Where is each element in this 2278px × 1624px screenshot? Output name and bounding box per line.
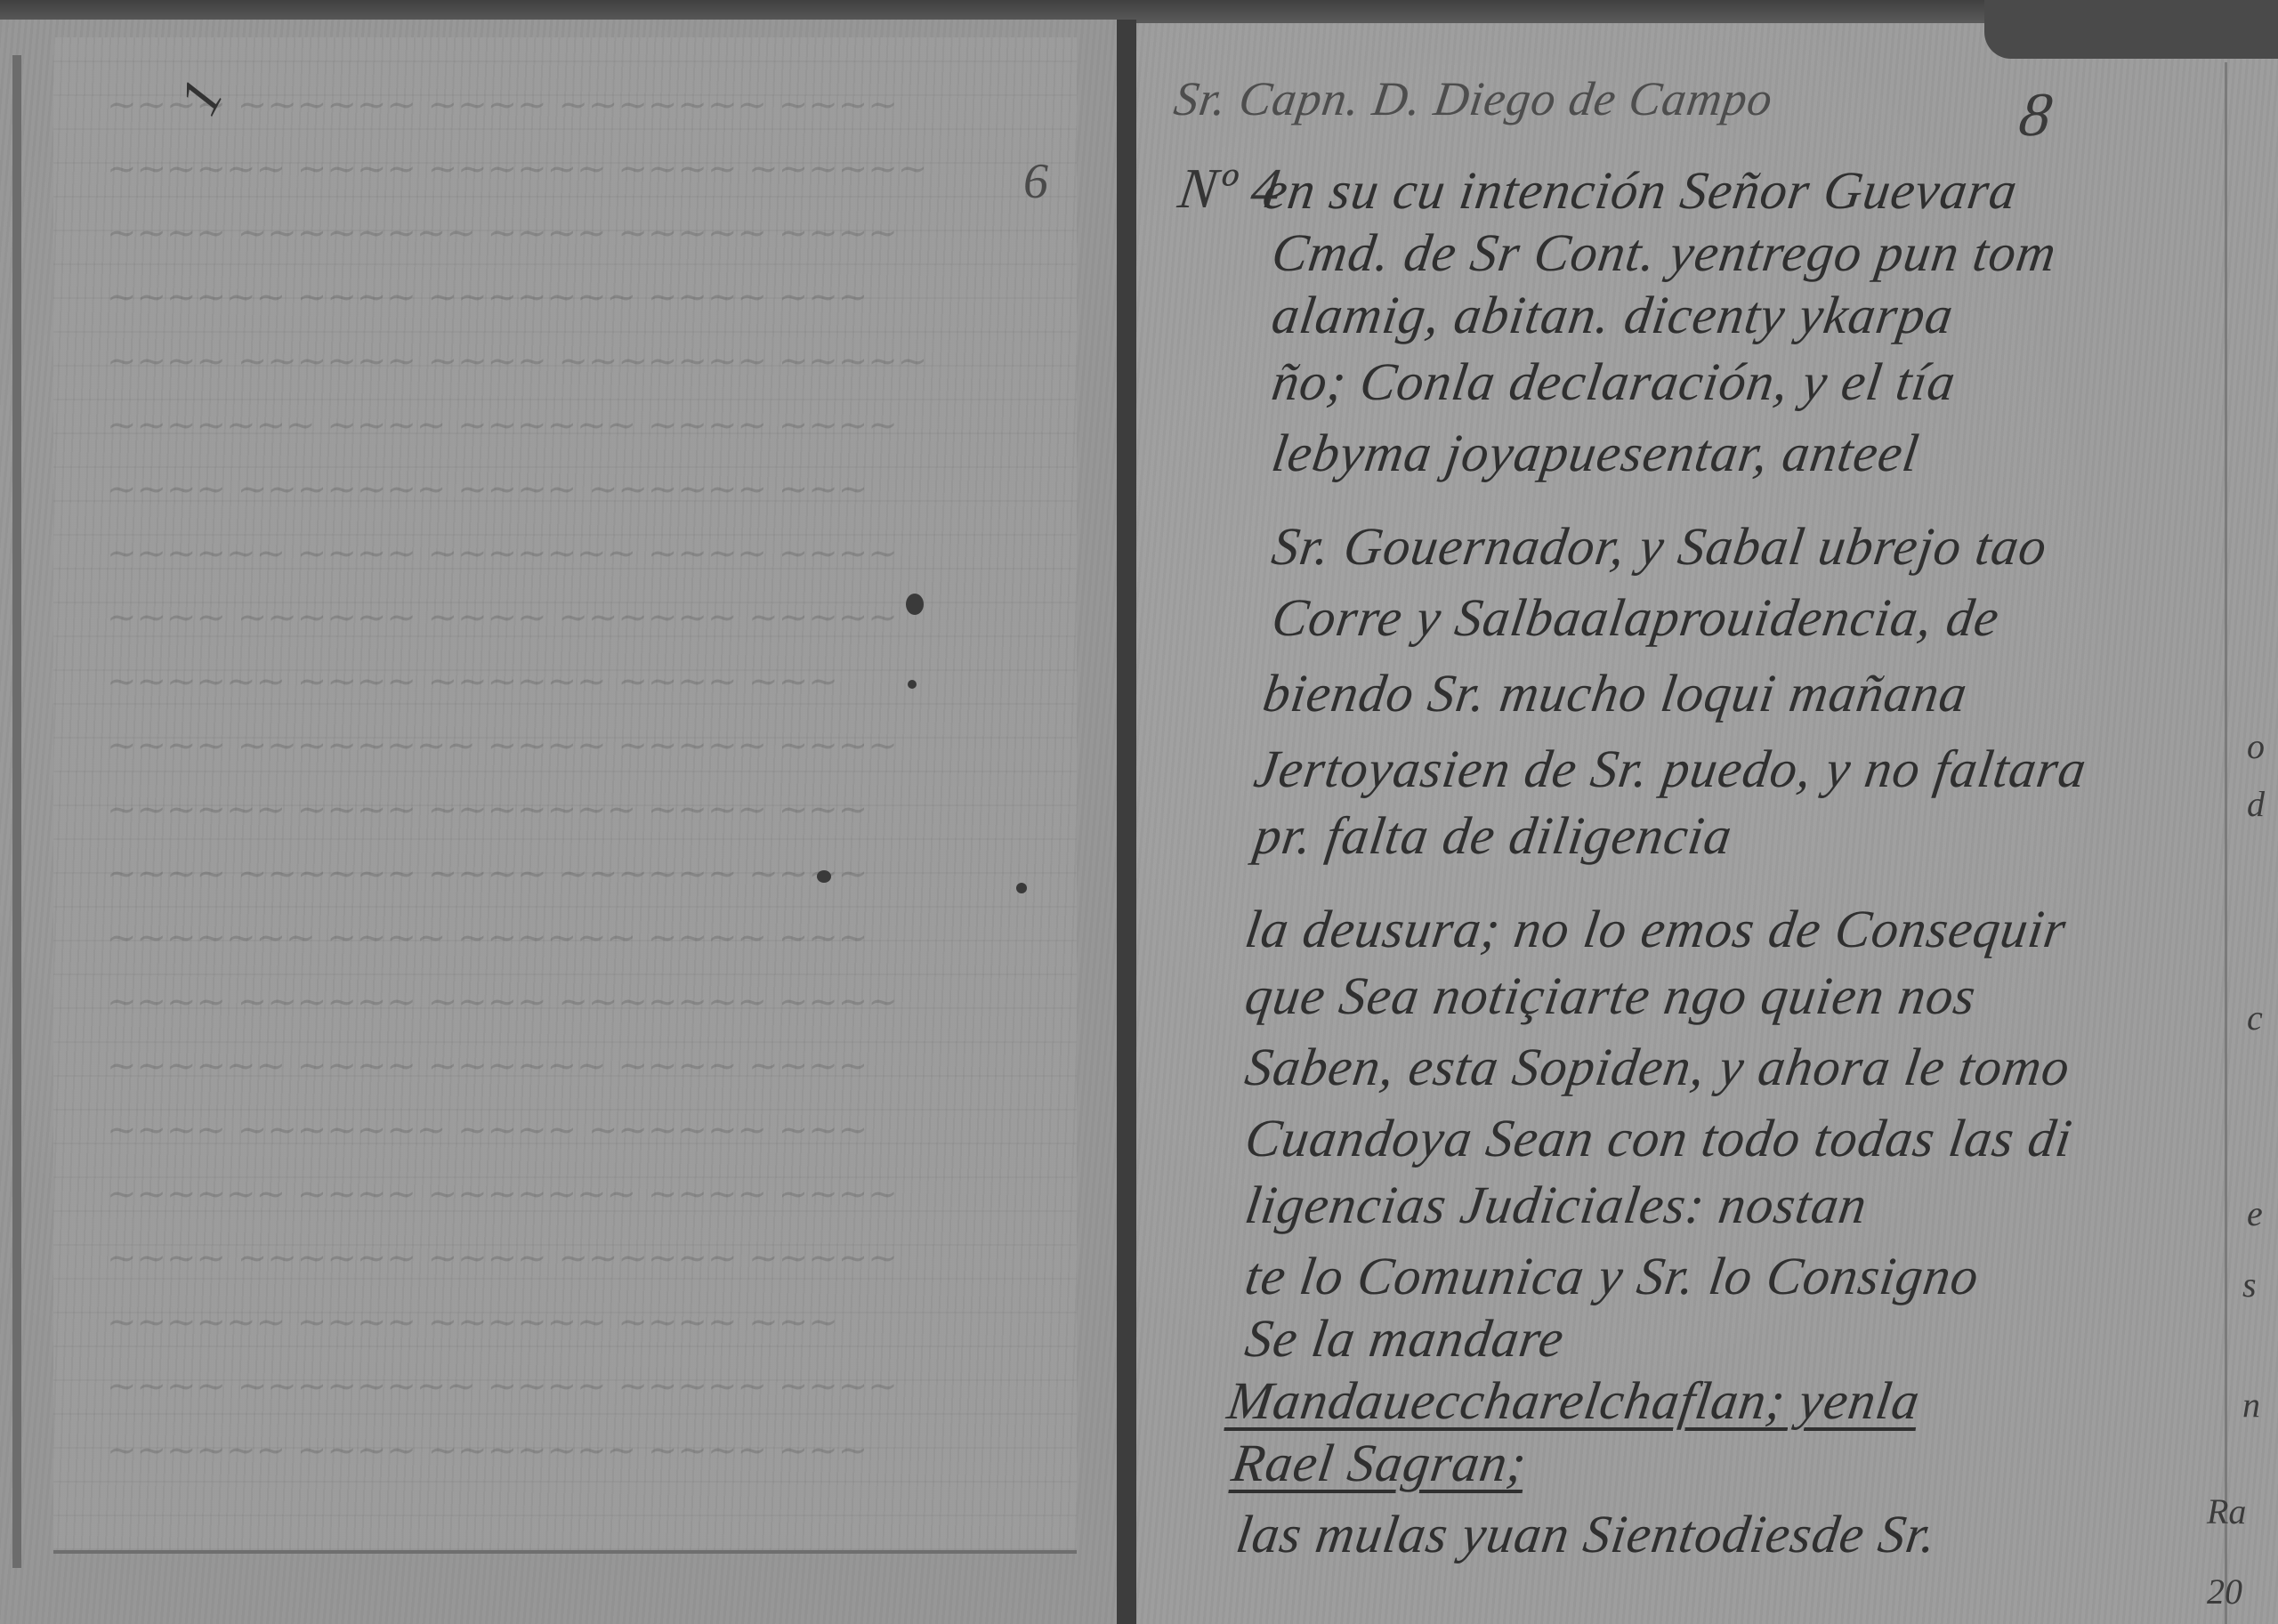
bleed-through-text: ~~~~ ~~~~~~ ~~~~ ~~~~~~~ ~~~~ ~~~~~~ ~~~… xyxy=(107,73,1032,1483)
manuscript-line: Saben, esta Sopiden, y ahora le tomo xyxy=(1241,1037,2074,1098)
manuscript-line: biendo Sr. mucho loqui mañana xyxy=(1259,663,1971,724)
right-page-edge xyxy=(2225,62,2227,1624)
manuscript-line: pr. falta de diligencia xyxy=(1250,805,1736,867)
manuscript-line: la deusura; no lo emos de Consequir xyxy=(1241,899,2070,960)
edge-note: d xyxy=(2247,783,2265,825)
manuscript-line: Cmd. de Sr Cont. yentrego pun tom xyxy=(1268,222,2060,284)
edge-note: s xyxy=(2242,1264,2257,1305)
manuscript-line: Cuandoya Sean con todo todas las di xyxy=(1241,1108,2076,1169)
manuscript-line: en su cu intención Señor Guevara xyxy=(1259,160,2022,222)
left-page-sheet: ~~~~ ~~~~~~ ~~~~ ~~~~~~~ ~~~~ ~~~~~~ ~~~… xyxy=(53,37,1077,1554)
manuscript-line: Se la mandare xyxy=(1241,1308,1568,1369)
edge-note: c xyxy=(2247,997,2263,1038)
manuscript-line: te lo Comunica y Sr. lo Consigno xyxy=(1241,1246,1983,1307)
edge-note: 20 xyxy=(2207,1571,2242,1612)
edge-note: n xyxy=(2242,1384,2260,1426)
manuscript-line: que Sea notiçiarte ngo quien nos xyxy=(1241,966,1980,1027)
scan-corner-shadow xyxy=(1984,0,2278,59)
edge-note: o xyxy=(2247,725,2265,767)
manuscript-line: ligencias Judiciales: nostan xyxy=(1241,1175,1871,1236)
left-page-number-mark: 6 xyxy=(1023,153,1048,210)
manuscript-line: Corre y Salbaalaprouidencia, de xyxy=(1268,587,2003,649)
manuscript-line: Sr. Gouernador, y Sabal ubrejo tao xyxy=(1268,516,2051,578)
left-page: ~~~~ ~~~~~~ ~~~~ ~~~~~~~ ~~~~ ~~~~~~ ~~~… xyxy=(0,20,1117,1624)
manuscript-line-underlined: Mandaueccharelchaflan; yenla xyxy=(1224,1370,1924,1432)
manuscript-line-underlined: Rael Sagran; xyxy=(1228,1433,1531,1494)
ink-spot xyxy=(817,870,831,883)
manuscript-line: ño; Conla declaración, y el tía xyxy=(1268,351,1959,413)
left-page-edge xyxy=(12,55,21,1568)
ink-spot xyxy=(906,594,924,615)
manuscript-line: Jertoyasien de Sr. puedo, y no faltara xyxy=(1250,739,2090,800)
ink-spot xyxy=(1016,883,1027,893)
page-header: Sr. Capn. D. Diego de Campo xyxy=(1171,71,1777,126)
manuscript-line: alamig, abitan. dicenty ykarpa xyxy=(1268,285,1958,346)
manuscript-line: las mulas yuan Sientodiesde Sr. xyxy=(1232,1504,1941,1565)
ink-spot xyxy=(908,680,917,689)
binding-gutter xyxy=(1117,20,1136,1624)
edge-note: Ra xyxy=(2207,1491,2246,1532)
manuscript-line: lebyma joyapuesentar, anteel xyxy=(1268,423,1923,484)
edge-note: e xyxy=(2247,1192,2263,1234)
